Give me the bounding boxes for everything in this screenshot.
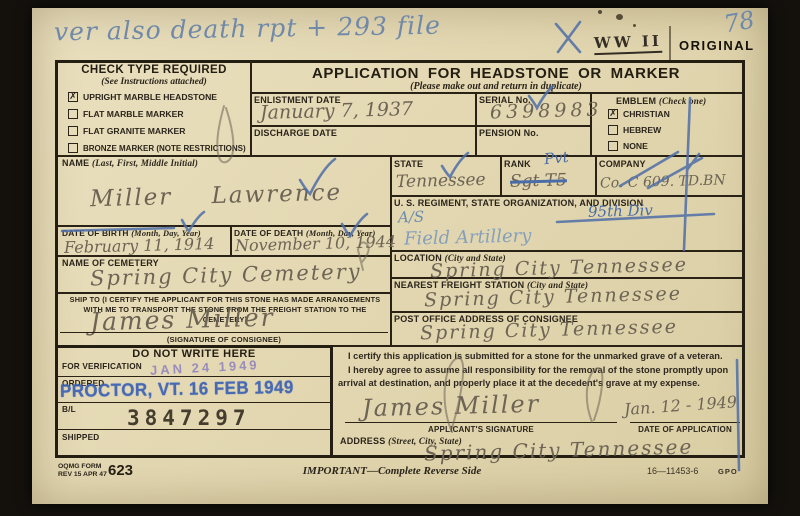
checkbox-none: NONE (608, 141, 648, 151)
rule (58, 155, 742, 157)
gpo-label: GPO (718, 467, 738, 476)
do-not-write-title: DO NOT WRITE HERE (55, 348, 333, 360)
checkbox-icon (68, 126, 78, 136)
checkbox-bronze-marker: BRONZE MARKER (NOTE RESTRICTIONS) (68, 143, 246, 153)
form-title: APPLICATION FOR HEADSTONE OR MARKER (250, 65, 742, 82)
bl-number-stamp: 3847297 (127, 406, 251, 430)
checkbox-label: UPRIGHT MARBLE HEADSTONE (83, 92, 217, 102)
rule (58, 402, 330, 403)
check-type-subtitle: (See Instructions attached) (58, 77, 250, 87)
rank-correction: Pvt (543, 148, 569, 168)
rule (390, 311, 742, 313)
ordered-stamp: PROCTOR, VT. 16 FEB 1949 (60, 377, 294, 402)
rule (390, 250, 742, 252)
rule (500, 155, 502, 195)
checkbox-label: BRONZE MARKER (NOTE RESTRICTIONS) (83, 144, 246, 153)
checkbox-icon: ✗ (68, 92, 78, 102)
rule (58, 292, 390, 294)
emblem-label: EMBLEM (Check one) (616, 96, 706, 106)
applicant-signature-label: APPLICANT'S SIGNATURE (345, 425, 617, 434)
rule (58, 429, 330, 430)
state-value: Tennessee (396, 170, 486, 192)
checkbox-flat-granite-marker: FLAT GRANITE MARKER (68, 126, 185, 136)
serial-no-value: 6398983 (490, 99, 603, 124)
paper-speck (633, 24, 636, 27)
checkbox-label: CHRISTIAN (623, 109, 670, 119)
original-label: ORIGINAL (679, 38, 755, 53)
discharge-date-label: DISCHARGE DATE (254, 128, 337, 138)
checkbox-icon (608, 141, 618, 151)
name-label: NAME (Last, First, Middle Initial) (62, 158, 198, 168)
regiment-value-line1: A/S (398, 208, 425, 227)
checkbox-christian: ✗ CHRISTIAN (608, 109, 670, 119)
applicant-signature-value: James Miller (362, 390, 541, 423)
state-label: STATE (394, 159, 423, 169)
form-subtitle: (Please make out and return in duplicate… (250, 81, 742, 92)
checkbox-icon (608, 125, 618, 135)
company-label: COMPANY (599, 159, 646, 169)
checkbox-upright-marble-headstone: ✗ UPRIGHT MARBLE HEADSTONE (68, 92, 217, 102)
rank-label: RANK (504, 159, 531, 169)
paper-speck (598, 10, 602, 14)
ww2-stamp: WW II (594, 32, 663, 55)
scanned-form-paper: ver also death rpt + 293 file WW II ORIG… (32, 8, 768, 504)
consignee-signature-line (60, 332, 388, 333)
form-code-bottom: REV 15 APR 47 (58, 471, 107, 479)
rule (250, 125, 590, 127)
application-date-line (630, 422, 740, 423)
archival-note-handwriting: ver also death rpt + 293 file (54, 11, 441, 47)
date-of-birth-value: February 11, 1914 (64, 234, 215, 257)
form-code-top: OQMG FORM (58, 463, 107, 471)
bl-label: B/L (62, 405, 76, 414)
regiment-value-line2: Field Artillery (404, 225, 532, 249)
print-code: 16—11453-6 (647, 466, 698, 476)
checkbox-icon (68, 143, 78, 153)
checkbox-icon: ✗ (608, 109, 618, 119)
checkbox-label: NONE (623, 141, 648, 151)
rule (475, 92, 477, 155)
rule (58, 225, 390, 227)
checkbox-label: HEBREW (623, 125, 661, 135)
certification-line2: I hereby agree to assume all responsibil… (338, 364, 744, 389)
enlistment-date-value: January 7, 1937 (260, 98, 414, 124)
checkbox-icon (68, 109, 78, 119)
crossed-out-mark (556, 22, 580, 52)
form-number: 623 (108, 462, 133, 479)
rule (250, 92, 742, 94)
checkbox-flat-marble-marker: FLAT MARBLE MARKER (68, 109, 184, 119)
applicant-signature-line (345, 422, 617, 423)
shipped-label: SHIPPED (62, 433, 99, 442)
rule (230, 225, 232, 255)
consignee-signature-caption: (SIGNATURE OF CONSIGNEE) (60, 335, 388, 344)
for-verification-label: FOR VERIFICATION (62, 362, 142, 371)
certification-line1: I certify this application is submitted … (338, 350, 744, 363)
company-value: Co. C 609. TD.BN (600, 172, 726, 191)
corner-number-handwriting: 78 (722, 6, 757, 39)
rule (595, 155, 597, 195)
form-code: OQMG FORM REV 15 APR 47 (58, 463, 107, 479)
application-date-label: DATE OF APPLICATION (630, 425, 740, 434)
paper-speck (616, 14, 623, 20)
checkbox-hebrew: HEBREW (608, 125, 661, 135)
regiment-division-value: 95th Div (588, 201, 653, 221)
checkbox-label: FLAT GRANITE MARKER (83, 126, 185, 136)
checkbox-label: FLAT MARBLE MARKER (83, 109, 184, 119)
rule (390, 195, 742, 197)
rank-value-struck: Sgt T5 (510, 170, 567, 191)
pension-no-label: PENSION No. (479, 128, 539, 138)
header-divider (669, 26, 671, 60)
check-type-title: CHECK TYPE REQUIRED (58, 64, 250, 76)
footer-center-note: IMPORTANT—Complete Reverse Side (212, 465, 572, 477)
